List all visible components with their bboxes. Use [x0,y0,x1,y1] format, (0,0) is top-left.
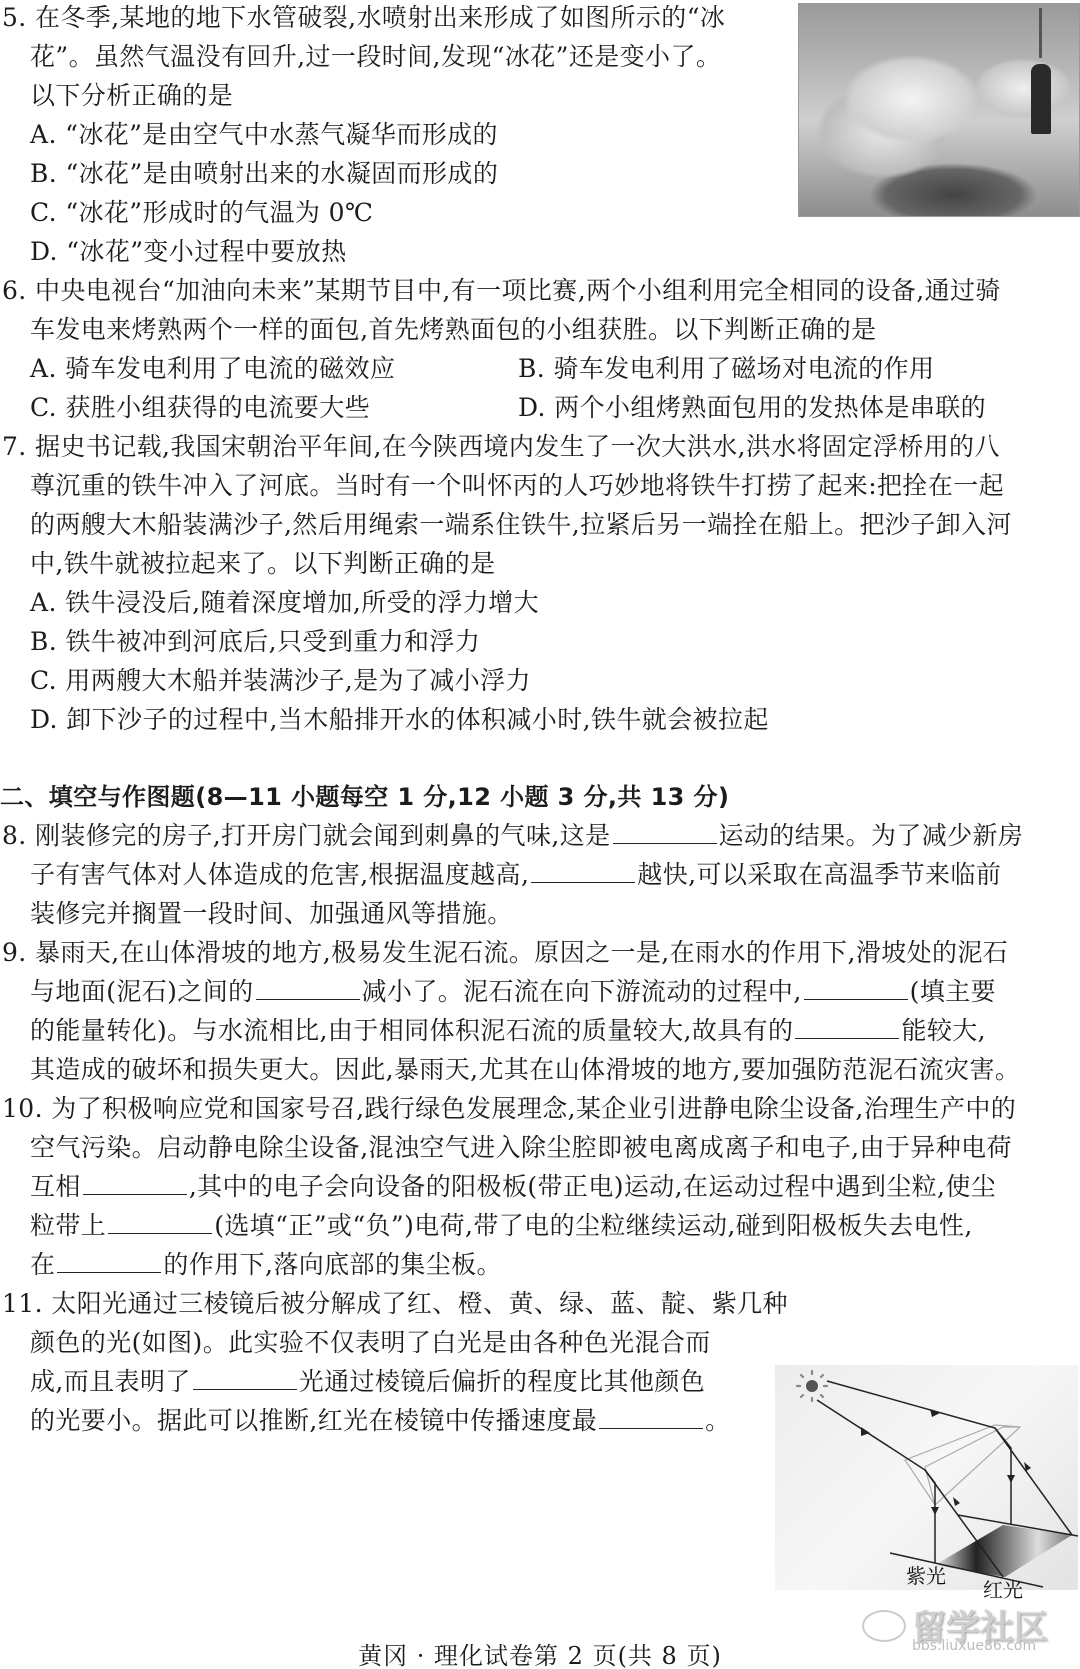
q10-text-3b: ,其中的电子会向设备的阳极板(带正电)运动,在运动过程中遇到尘粒,使尘 [189,1172,996,1201]
q8-text-1a: 8. 刚装修完的房子,打开房门就会闻到刺鼻的气味,这是 [2,821,611,850]
q5-option-a: A. “冰花”是由空气中水蒸气凝华而形成的 [30,119,498,151]
red-light-label: 红光 [983,1574,1023,1603]
sun-icon [797,1371,827,1401]
q5-line-3: 以下分析正确的是 [30,80,233,112]
q10-text-3a: 互相 [30,1172,81,1201]
q7-line-4: 中,铁牛就被拉起来了。以下判断正确的是 [30,548,496,580]
q8-text-2b: 越快,可以采取在高温季节来临前 [637,860,1001,889]
q7-option-c: C. 用两艘大木船并装满沙子,是为了减小浮力 [30,665,531,697]
q5-line-2: 花”。虽然气温没有回升,过一段时间,发现“冰花”还是变小了。 [30,41,721,73]
q11-text-3a: 成,而且表明了 [30,1367,191,1396]
prism-dispersion-figure: 紫光 红光 [775,1365,1078,1590]
answer-blank[interactable] [57,1250,161,1273]
q11-text-4a: 的光要小。据此可以推断,红光在棱镜中传播速度最 [30,1406,597,1435]
q9-line-2: 与地面(泥石)之间的减小了。泥石流在向下游流动的过程中,(填主要 [30,976,996,1008]
q10-line-4: 粒带上(选填“正”或“负”)电荷,带了电的尘粒继续运动,碰到阳极板失去电性, [30,1210,973,1242]
answer-blank[interactable] [804,977,908,1000]
tree-shape [1039,8,1042,58]
q11-line-2: 颜色的光(如图)。此实验不仅表明了白光是由各种色光混合而 [30,1327,711,1359]
q10-line-1: 10. 为了积极响应党和国家号召,践行绿色发展理念,某企业引进静电除尘设备,治理… [2,1093,1016,1125]
q9-line-1: 9. 暴雨天,在山体滑坡的地方,极易发生泥石流。原因之一是,在雨水的作用下,滑坡… [2,937,1008,969]
light-rays [817,1381,1078,1587]
ice-flower-photo [798,3,1080,217]
answer-blank[interactable] [256,977,360,1000]
q9-text-3a: 的能量转化)。与水流相比,由于相同体积泥石流的质量较大,故具有的 [30,1016,793,1045]
q5-option-b: B. “冰花”是由喷射出来的水凝固而形成的 [30,158,498,190]
answer-blank[interactable] [108,1211,212,1234]
q7-option-a: A. 铁牛浸没后,随着深度增加,所受的浮力增大 [30,587,539,619]
q5-line-1: 5. 在冬季,某地的地下水管破裂,水喷射出来形成了如图所示的“冰 [2,2,725,34]
answer-blank[interactable] [83,1172,187,1195]
q10-line-5: 在的作用下,落向底部的集尘板。 [30,1249,502,1281]
q5-option-d: D. “冰花”变小过程中要放热 [30,236,347,268]
answer-blank[interactable] [193,1367,297,1390]
section-heading: 二、填空与作图题(8—11 小题每空 1 分,12 小题 3 分,共 13 分) [0,781,729,813]
person-shape [1031,64,1051,134]
q10-line-2: 空气污染。启动静电除尘设备,混浊空气进入除尘腔即被电离成离子和电子,由于异种电荷 [30,1132,1012,1164]
violet-light-label: 紫光 [906,1560,946,1589]
q8-text-2a: 子有害气体对人体造成的危害,根据温度越高, [30,860,529,889]
q7-option-b: B. 铁牛被冲到河底后,只受到重力和浮力 [30,626,480,658]
q9-text-2b: 减小了。泥石流在向下游流动的过程中, [362,977,802,1006]
q9-line-3: 的能量转化)。与水流相比,由于相同体积泥石流的质量较大,故具有的能较大, [30,1015,986,1047]
q11-line-4: 的光要小。据此可以推断,红光在棱镜中传播速度最。 [30,1405,731,1437]
q7-option-d: D. 卸下沙子的过程中,当木船排开水的体积减小时,铁牛就会被拉起 [30,704,769,736]
q7-line-1: 7. 据史书记载,我国宋朝治平年间,在今陕西境内发生了一次大洪水,洪水将固定浮桥… [2,431,1000,463]
q8-line-1: 8. 刚装修完的房子,打开房门就会闻到刺鼻的气味,这是运动的结果。为了减少新房 [2,820,1023,852]
q10-text-4a: 粒带上 [30,1211,106,1240]
q6-line-1: 6. 中央电视台“加油向未来”某期节目中,有一项比赛,两个小组利用完全相同的设备… [2,275,1001,307]
q10-text-4b: (选填“正”或“负”)电荷,带了电的尘粒继续运动,碰到阳极板失去电性, [214,1211,972,1240]
answer-blank[interactable] [531,860,635,883]
q7-line-3: 的两艘大木船装满沙子,然后用绳索一端系住铁牛,拉紧后另一端拴在船上。把沙子卸入河 [30,509,1012,541]
q6-option-b: B. 骑车发电利用了磁场对电流的作用 [518,353,934,385]
q11-line-3: 成,而且表明了光通过棱镜后偏折的程度比其他颜色 [30,1366,705,1398]
answer-blank[interactable] [795,1016,899,1039]
q9-text-3b: 能较大, [901,1016,986,1045]
q8-text-1b: 运动的结果。为了减少新房 [719,821,1024,850]
q8-line-2: 子有害气体对人体造成的危害,根据温度越高,越快,可以采取在高温季节来临前 [30,859,1001,891]
q7-line-2: 尊沉重的铁牛冲入了河底。当时有一个叫怀丙的人巧妙地将铁牛打捞了起来:把拴在一起 [30,470,1004,502]
q6-option-a: A. 骑车发电利用了电流的磁效应 [30,353,395,385]
q11-line-1: 11. 太阳光通过三棱镜后被分解成了红、橙、黄、绿、蓝、靛、紫几种 [2,1288,788,1320]
q5-option-c: C. “冰花”形成时的气温为 0℃ [30,197,373,229]
q9-text-2a: 与地面(泥石)之间的 [30,977,254,1006]
prism-diagram [775,1365,1078,1590]
answer-blank[interactable] [599,1406,703,1429]
q6-option-d: D. 两个小组烤熟面包用的发热体是串联的 [518,392,986,424]
spectrum-band [935,1525,1072,1577]
q10-line-3: 互相,其中的电子会向设备的阳极板(带正电)运动,在运动过程中遇到尘粒,使尘 [30,1171,996,1203]
page-footer: 黄冈 · 理化试卷第 2 页(共 8 页) [0,1636,1080,1669]
q10-text-5b: 的作用下,落向底部的集尘板。 [163,1250,502,1279]
q8-line-3: 装修完并搁置一段时间、加强通风等措施。 [30,898,513,930]
q10-text-5a: 在 [30,1250,55,1279]
q11-text-4b: 。 [705,1406,730,1435]
q11-text-3b: 光通过棱镜后偏折的程度比其他颜色 [299,1367,705,1396]
q6-option-c: C. 获胜小组获得的电流要大些 [30,392,370,424]
answer-blank[interactable] [613,821,717,844]
q9-text-2c: (填主要 [910,977,996,1006]
q6-line-2: 车发电来烤熟两个一样的面包,首先烤熟面包的小组获胜。以下判断正确的是 [30,314,877,346]
q9-line-4: 其造成的破坏和损失更大。因此,暴雨天,尤其在山体滑坡的地方,要加强防范泥石流灾害… [30,1054,1020,1086]
